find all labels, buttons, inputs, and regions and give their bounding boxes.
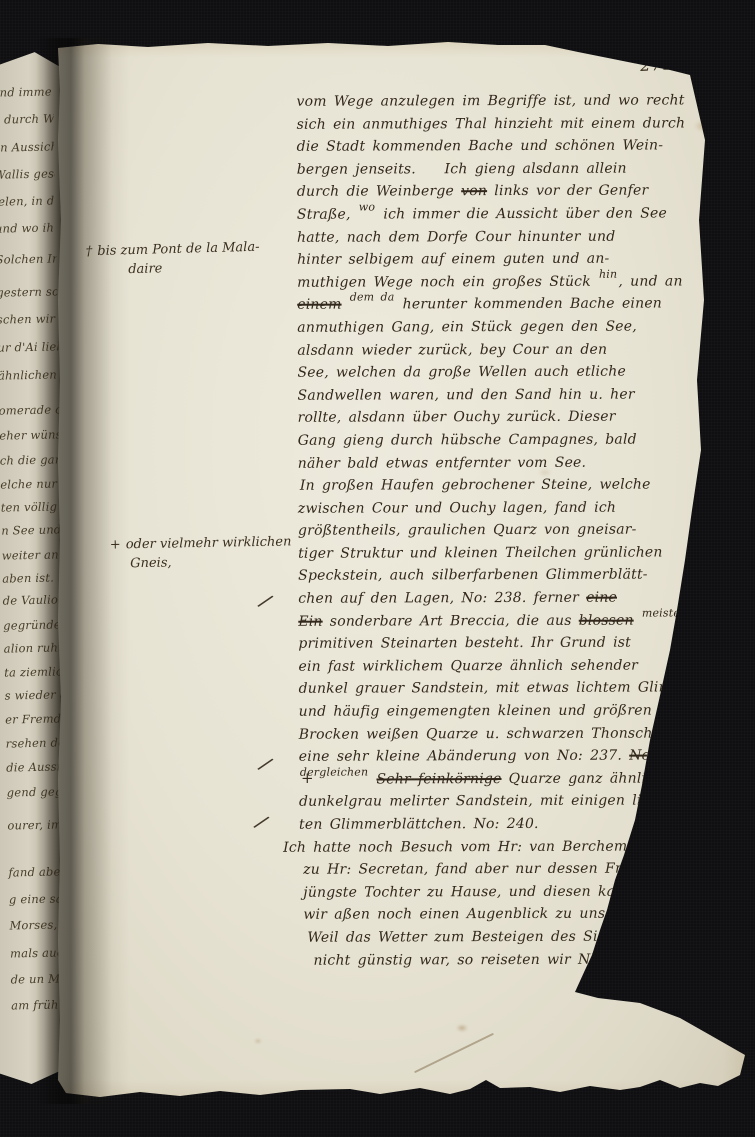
manuscript-text-line: wir aßen noch einen Augenblick zu uns. xyxy=(303,903,739,927)
manuscript-text-line: Gang gieng durch hübsche Campagnes, bald xyxy=(298,428,738,452)
previous-page-fragment: gestern sch xyxy=(0,284,66,299)
previous-page-fragment: ten völlig d xyxy=(1,499,69,514)
foxing-stain xyxy=(456,1024,468,1032)
slash-mark: / xyxy=(255,752,275,775)
plus-mark: + xyxy=(301,769,314,787)
previous-page-fragment: fand aber xyxy=(8,864,66,879)
previous-page-fragment: ur d'Ai lieb xyxy=(0,339,64,354)
manuscript-text-line: nicht günstig war, so reiseten wir NM. a… xyxy=(313,948,739,972)
manuscript-text-line: zwischen Cour und Ouchy lagen, fand ich xyxy=(298,496,738,520)
paper-crease xyxy=(414,1033,494,1073)
foxing-stain xyxy=(617,983,654,1004)
manuscript-text-line: Speckstein, auch silberfarbenen Glimmerb… xyxy=(298,564,738,588)
manuscript-text-line: Ein sonderbare Art Breccia, die aus blos… xyxy=(298,609,738,633)
manuscript-text-line: See, welchen da große Wellen auch etlich… xyxy=(297,360,737,384)
manuscript-text-line: dunkelgrau melirter Sandstein, mit einig… xyxy=(299,790,739,814)
manuscript-text-line: Brocken weißen Quarze u. schwarzen Thons… xyxy=(299,722,739,746)
manuscript-text-line: primitiven Steinarten besteht. Ihr Grund… xyxy=(298,631,738,655)
manuscript-text-line: und häufig eingemengten kleinen und größ… xyxy=(299,699,739,723)
archive-photo: und immeh durch Wegen Aussicht vWallis g… xyxy=(0,0,755,1137)
manuscript-text-line: tiger Struktur und kleinen Theilchen grü… xyxy=(298,541,738,565)
previous-page-fragment: er Fremde xyxy=(5,711,68,726)
margin-note-line: daire xyxy=(128,257,260,279)
margin-note-line: bis zum Pont de la Mala- xyxy=(97,240,260,259)
page-number: 273. xyxy=(640,54,681,75)
manuscript-text-line: Sandwellen waren, und den Sand hin u. he… xyxy=(297,383,737,407)
foxing-stain xyxy=(254,1038,262,1044)
manuscript-text-line: bergen jenseits. Ich gieng alsdann allei… xyxy=(297,157,737,181)
previous-page-fragment: Solchen In xyxy=(0,251,60,266)
manuscript-text-line: näher bald etwas entfernter vom See. xyxy=(298,451,738,475)
manuscript-text-line: hatte, nach dem Dorfe Cour hinunter und xyxy=(297,225,737,249)
manuscript-text-line: Ich hatte noch Besuch vom Hr: van Berche… xyxy=(283,835,739,859)
previous-page-fragment: und imme xyxy=(0,84,52,99)
manuscript-text-line: vom Wege anzulegen im Begriffe ist, und … xyxy=(296,89,736,113)
previous-page-edge: und immeh durch Wegen Aussicht vWallis g… xyxy=(0,50,63,1084)
manuscript-text-line: hinter selbigem auf einem guten und an- xyxy=(297,247,737,271)
margin-note-maladaire: †bis zum Pont de la Mala- daire xyxy=(86,238,261,281)
manuscript-text-line: In großen Haufen gebrochener Steine, wel… xyxy=(300,473,738,497)
manuscript-page: 273. vom Wege anzulegen im Begriffe ist,… xyxy=(58,40,748,1102)
previous-page-fragment: weiter an xyxy=(2,547,59,562)
slash-mark: / xyxy=(255,589,275,612)
margin-note-line: Gneis, xyxy=(130,551,292,573)
manuscript-text-line: ten Glimmerblättchen. No: 240. xyxy=(299,812,739,836)
manuscript-text-line: die Stadt kommenden Bache und schönen We… xyxy=(297,134,737,158)
manuscript-text-line: Straße, wo ich immer die Aussicht über d… xyxy=(297,202,737,226)
manuscript-text-line: ein fast wirklichem Quarze ähnlich sehen… xyxy=(298,654,738,678)
manuscript-text-line: größtentheils, graulichen Quarz von gnei… xyxy=(298,519,738,543)
manuscript-text-line: jüngste Tochter zu Hause, und diesen kam… xyxy=(303,880,739,904)
margin-note-line: oder vielmehr wirklichen xyxy=(126,534,292,552)
manuscript-text-line: anmuthigen Gang, ein Stück gegen den See… xyxy=(297,315,737,339)
slash-mark: / xyxy=(251,810,271,833)
manuscript-text-line: alsdann wieder zurück, bey Cour an den xyxy=(297,338,737,362)
previous-page-fragment: omerade ch xyxy=(0,402,70,417)
margin-note-gneis: +oder vielmehr wirklichen Gneis, xyxy=(110,532,292,573)
previous-page-fragment: aben ist. xyxy=(2,571,54,586)
manuscript-text-line: einem dem da herunter kommenden Bache ei… xyxy=(297,293,737,317)
manuscript-text-line: zu Hr: Secretan, fand aber nur dessen Fr… xyxy=(303,857,739,881)
previous-page-fragment: h durch Weg xyxy=(0,111,69,127)
previous-page-fragment: und wo ih xyxy=(0,220,54,235)
previous-page-fragment: ielen, in d xyxy=(0,193,54,208)
manuscript-text-line: Weil das Wetter zum Besteigen des Signal… xyxy=(307,925,739,949)
manuscript-text-line: dunkel grauer Sandstein, mit etwas licht… xyxy=(299,677,739,701)
main-text-block: vom Wege anzulegen im Begriffe ist, und … xyxy=(296,89,739,972)
previous-page-fragment: n See und xyxy=(1,522,61,537)
previous-page-fragment: Wallis gesch xyxy=(0,166,69,182)
dagger-mark: † xyxy=(86,244,93,259)
manuscript-text-line: rollte, alsdann über Ouchy zurück. Diese… xyxy=(298,406,738,430)
manuscript-text-line: sich ein anmuthiges Thal hinzieht mit ei… xyxy=(297,112,737,136)
manuscript-text-line: dergleichen Sehr feinkörnige Quarze ganz… xyxy=(299,767,739,791)
plus-mark: + xyxy=(110,537,121,552)
